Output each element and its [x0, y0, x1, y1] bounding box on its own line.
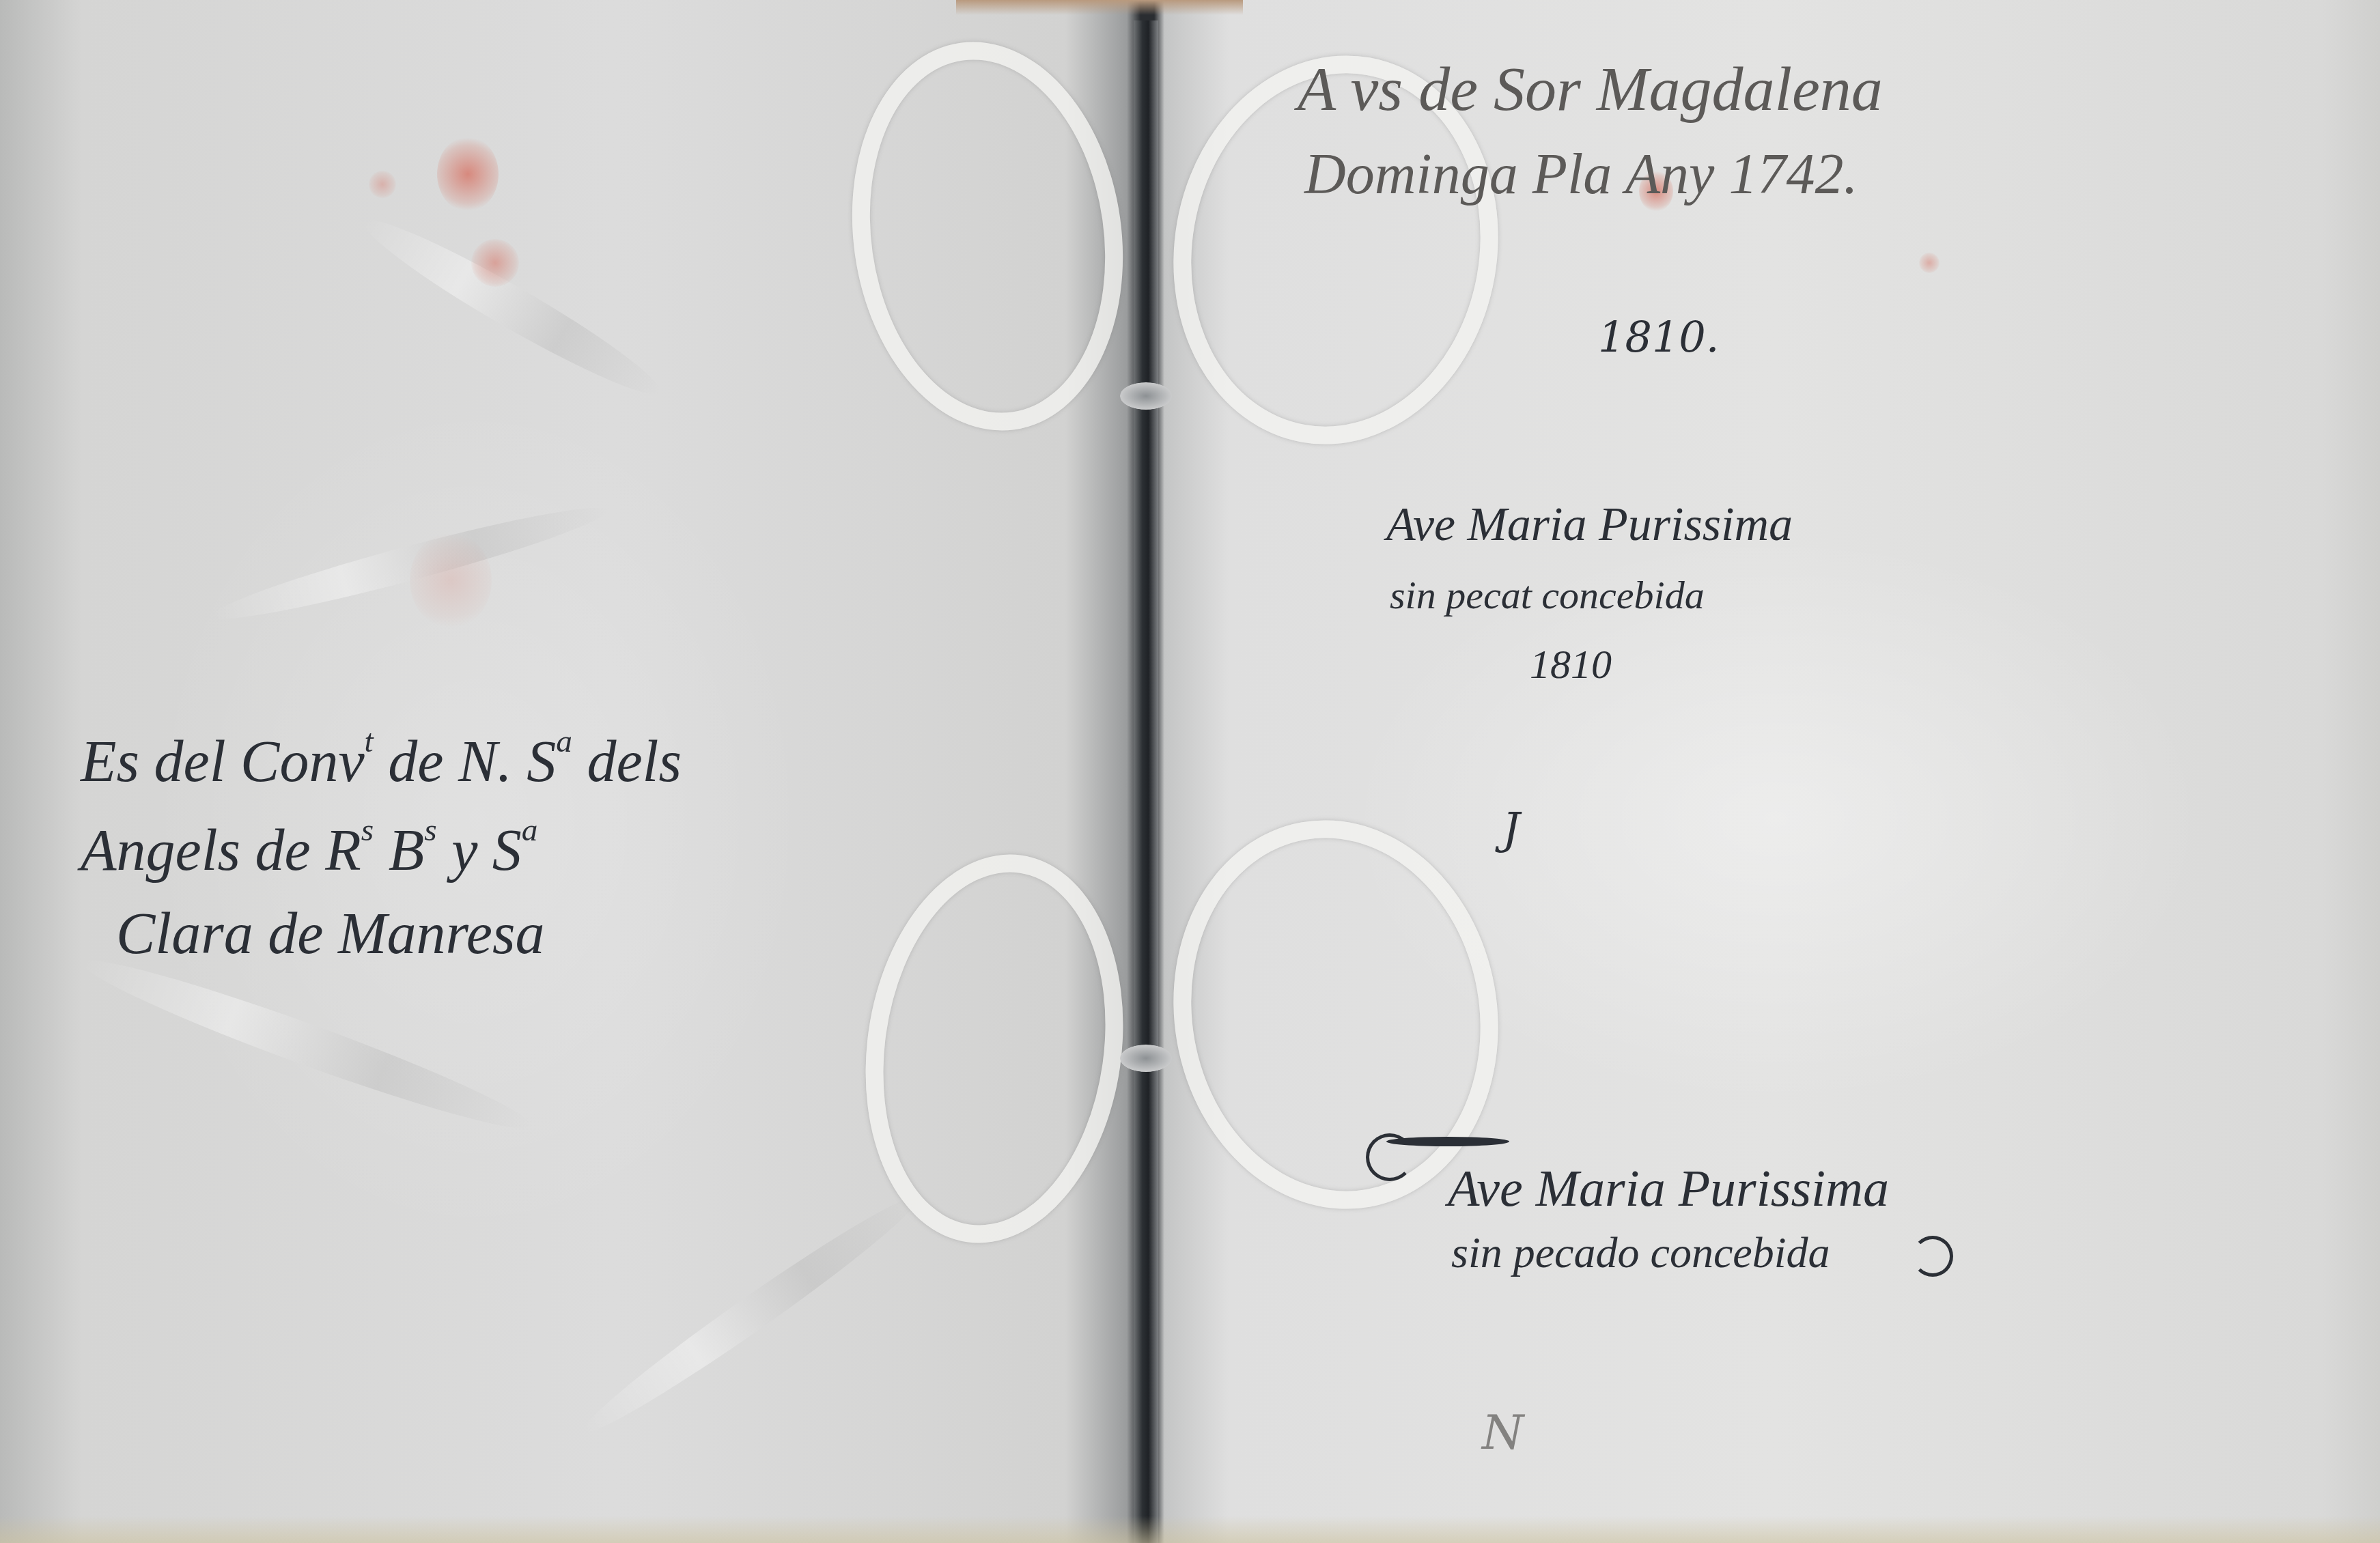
right-page: A vs de Sor Magdalena Dominga Pla Any 17…	[1161, 0, 2380, 1543]
red-stain	[437, 137, 499, 212]
paper-crease	[574, 1183, 929, 1445]
book-spine	[1134, 20, 1158, 1543]
ownership-line-1: Es del Convt de N. Sa dels	[81, 724, 682, 793]
ave-maria-2-line-1: Ave Maria Purissima	[1448, 1161, 1889, 1218]
ave-maria-2-line-2: sin pecado concebida	[1451, 1229, 1830, 1277]
paper-crease	[76, 944, 539, 1146]
single-mark: J	[1502, 806, 1520, 853]
bottom-edge	[0, 1516, 2380, 1543]
header-line-2: Dominga Pla Any 1742.	[1304, 143, 1858, 206]
red-stain	[471, 239, 519, 287]
bottom-mark: N	[1482, 1406, 1524, 1459]
ribbon-impression	[841, 838, 1147, 1260]
ave-maria-1-line-2: sin pecat concebida	[1390, 574, 1705, 617]
red-stain	[369, 171, 396, 198]
flourish-right	[1912, 1236, 1953, 1277]
paper-crease	[208, 494, 612, 633]
year-mark-1810: 1810.	[1598, 314, 1720, 360]
red-stain	[410, 533, 492, 628]
paper-crease	[354, 204, 670, 410]
ave-maria-1-year: 1810	[1530, 642, 1612, 687]
ave-maria-1-line-1: Ave Maria Purissima	[1386, 498, 1793, 551]
left-page: Es del Convt de N. Sa dels Angels de Rs …	[0, 0, 1134, 1543]
header-line-1: A vs de Sor Magdalena	[1298, 55, 1883, 124]
ownership-line-3: Clara de Manresa	[116, 901, 544, 966]
ribbon-impression	[828, 25, 1147, 449]
red-stain	[1919, 253, 1940, 273]
manuscript-spread: Es del Convt de N. Sa dels Angels de Rs …	[0, 0, 2380, 1543]
ownership-line-2: Angels de Rs Bs y Sa	[81, 812, 537, 882]
flourish-stroke	[1386, 1137, 1509, 1146]
